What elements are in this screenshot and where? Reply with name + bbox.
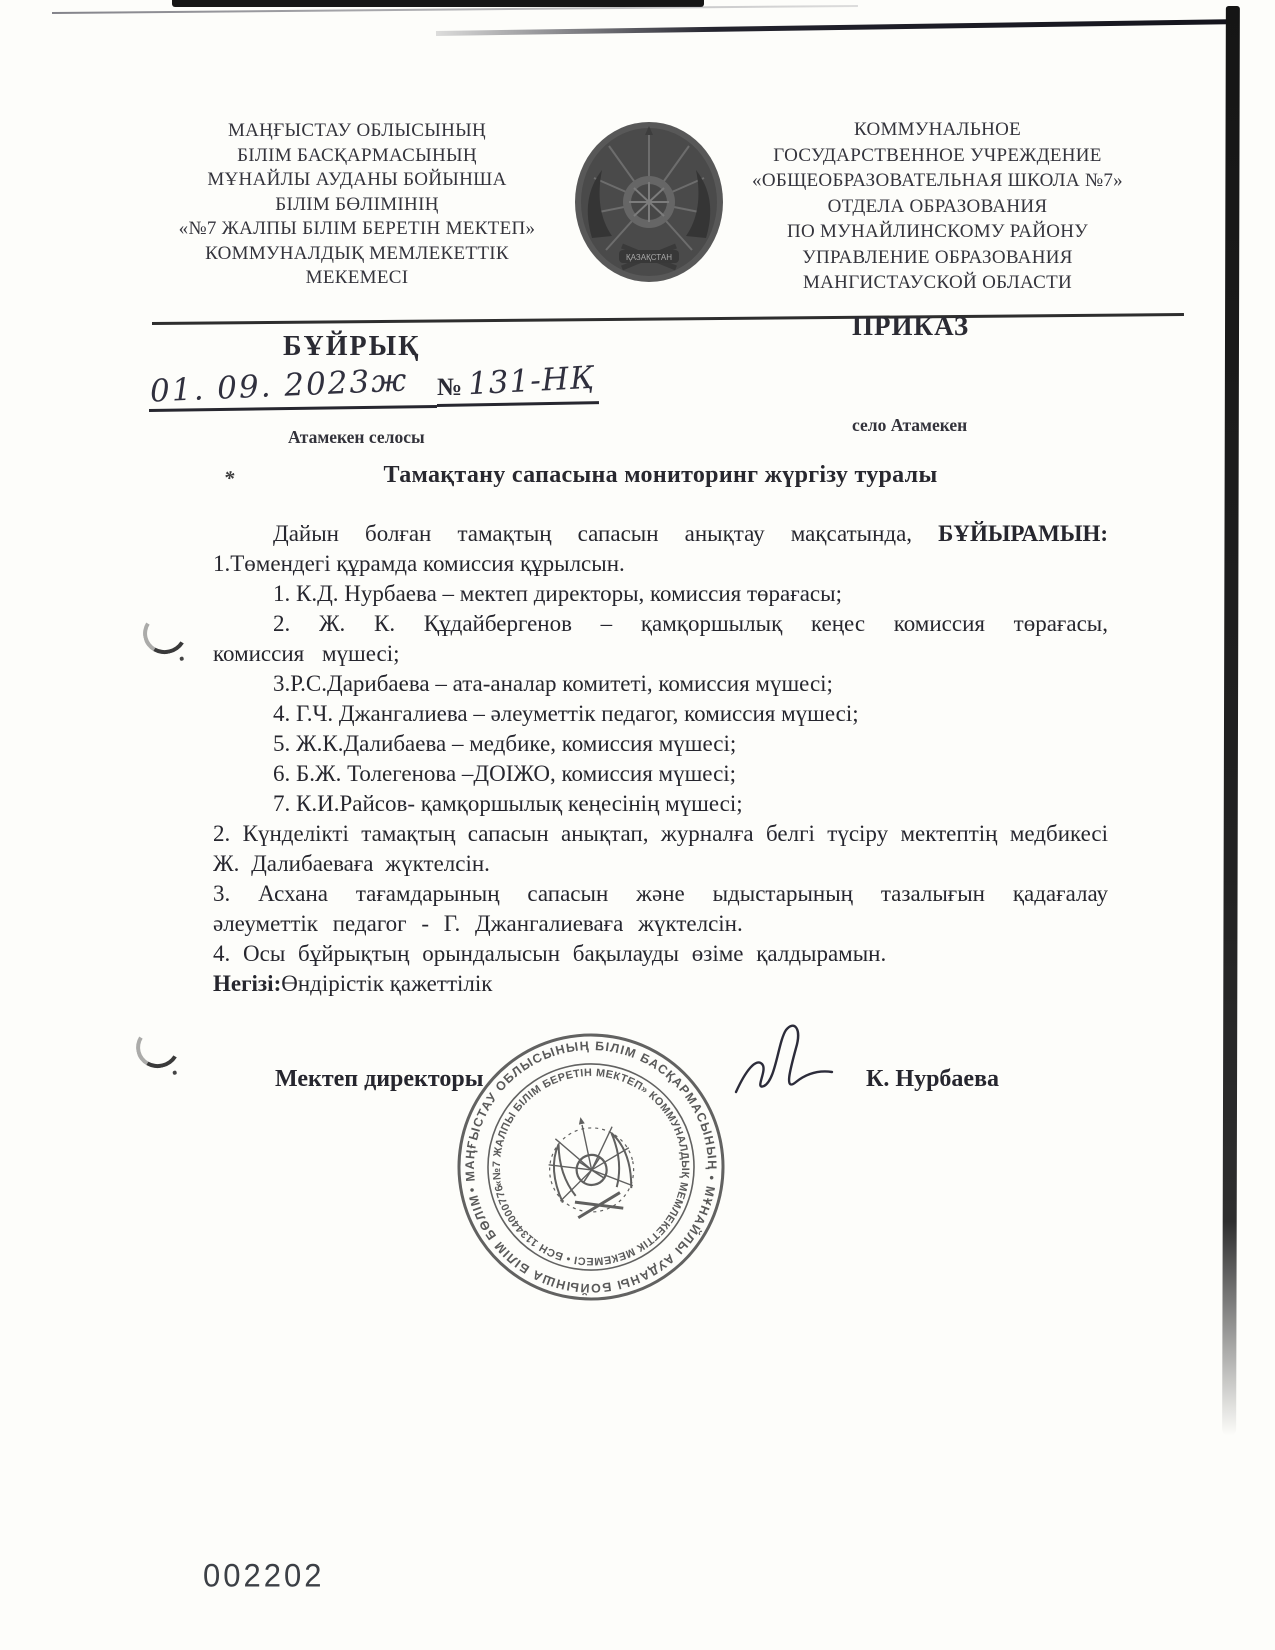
header-divider [152,313,1184,325]
scan-artifact-top-bar [172,0,704,7]
stamp-outer-text: • МАҢҒЫСТАУ ОБЛЫСЫНЫҢ БІЛІМ БАСҚАРМАСЫНЫ… [426,1002,743,1322]
intro-paragraph: Дайын болған тамақтың сапасын анықтау ма… [213,519,1108,549]
page-number-stamp: 002202 [203,1557,324,1594]
issuer-kk-line: МҰНАЙЛЫ АУДАНЫ БОЙЫНША [162,168,552,193]
point-4: 4. Осы бұйрықтың орындалысын бақылауды ө… [213,939,1108,969]
place-name-ru: село Атамекен [852,415,967,436]
handwritten-order-number: 131-НҚ [467,360,595,403]
commission-member: 7. К.И.Райсов- қамқоршылық кеңесінің мүш… [213,789,1108,819]
svg-text:• МАҢҒЫСТАУ ОБЛЫСЫНЫҢ БІЛІМ БА: • МАҢҒЫСТАУ ОБЛЫСЫНЫҢ БІЛІМ БАСҚАРМАСЫНЫ… [426,1002,743,1322]
scan-artifact-thick-line [436,19,1236,36]
commission-member: 4. Г.Ч. Джангалиева – әлеуметтік педагог… [213,699,1108,729]
issuer-ru-line: ПО МУНАЙЛИНСКОМУ РАЙОНУ [710,219,1165,245]
issuer-ru-line: «ОБЩЕОБРАЗОВАТЕЛЬНАЯ ШКОЛА №7» [710,168,1165,194]
basis-text: Өндірістік қажеттілік [281,971,492,996]
issuer-kk-line: МЕКЕМЕСІ [162,266,552,291]
point-2: 2. Күнделікті тамақтың сапасын анықтап, … [213,819,1108,879]
issuer-kk-line: МАҢҒЫСТАУ ОБЛЫСЫНЫҢ [162,119,552,144]
point-3: 3. Асхана тағамдарының сапасын және ыдыс… [213,879,1108,939]
school-round-stamp: • МАҢҒЫСТАУ ОБЛЫСЫНЫҢ БІЛІМ БАСҚАРМАСЫНЫ… [426,1002,756,1332]
issuer-ru-line: КОММУНАЛЬНОЕ [710,117,1165,143]
issuer-ru-line: ОТДЕЛА ОБРАЗОВАНИЯ [710,194,1165,220]
issuer-name-kazakh: МАҢҒЫСТАУ ОБЛЫСЫНЫҢ БІЛІМ БАСҚАРМАСЫНЫҢ … [162,119,552,291]
issuer-kk-line: «№7 ЖАЛПЫ БІЛІМ БЕРЕТІН МЕКТЕП» [162,217,552,242]
issuer-ru-line: ГОСУДАРСТВЕННОЕ УЧРЕЖДЕНИЕ [710,143,1165,169]
scanned-order-document: * МАҢҒЫСТАУ ОБЛЫСЫНЫҢ БІЛІМ БАСҚАРМАСЫНЫ… [0,0,1275,1650]
issuer-kk-line: КОММУНАЛДЫҚ МЕМЛЕКЕТТІК [162,242,552,267]
order-heading-kk: БҰЙРЫҚ [283,331,420,363]
place-name-kk: Атамекен селосы [288,427,425,448]
commission-member: 1. К.Д. Нурбаева – мектеп директоры, ком… [213,579,1108,609]
commission-member: 6. Б.Ж. Толегенова –ДОІЖО, комиссия мүше… [213,759,1108,789]
issuer-name-russian: КОММУНАЛЬНОЕ ГОСУДАРСТВЕННОЕ УЧРЕЖДЕНИЕ … [710,117,1165,296]
issuer-kk-line: БІЛІМ БӨЛІМІНІҢ [162,193,552,218]
intro-text: Дайын болған тамақтың сапасын анықтау ма… [273,521,912,546]
basis-label: Негізі: [213,971,281,996]
document-title: Тамақтану сапасына мониторинг жүргізу ту… [213,462,1108,489]
scan-artifact-right-edge [1222,6,1240,1436]
commission-member: 5. Ж.К.Далибаева – медбике, комиссия мүш… [213,729,1108,759]
point-1: 1.Төмендегі құрамда комиссия құрылсын. [213,549,1108,579]
issuer-ru-line: УПРАВЛЕНИЕ ОБРАЗОВАНИЯ [710,245,1165,271]
number-sign: № [437,374,462,402]
commission-member: 2. Ж. К. Құдайбергенов – қамқоршылық кең… [213,609,1108,669]
stamp-center-emblem [539,1108,642,1221]
scan-artifact-crescent-mark [132,1021,185,1072]
order-verb: БҰЙЫРАМЫН: [938,521,1108,546]
signatory-name: К. Нурбаева [866,1066,999,1093]
kazakhstan-emblem: ҚАЗАҚСТАН [572,118,726,286]
basis-line: Негізі:Өндірістік қажеттілік [213,969,1108,999]
scan-artifact-crescent-mark [139,607,192,658]
director-signature [728,1020,848,1110]
document-body: Дайын болған тамақтың сапасын анықтау ма… [213,519,1108,999]
order-heading-ru: ПРИКАЗ [852,311,969,342]
issuer-ru-line: МАНГИСТАУСКОЙ ОБЛАСТИ [710,270,1165,296]
issuer-kk-line: БІЛІМ БАСҚАРМАСЫНЫҢ [162,144,552,169]
emblem-caption: ҚАЗАҚСТАН [626,253,672,262]
handwritten-date: 01. 09. 2023ж [149,362,409,409]
commission-member: 3.Р.С.Дарибаева – ата-аналар комитеті, к… [213,669,1108,699]
